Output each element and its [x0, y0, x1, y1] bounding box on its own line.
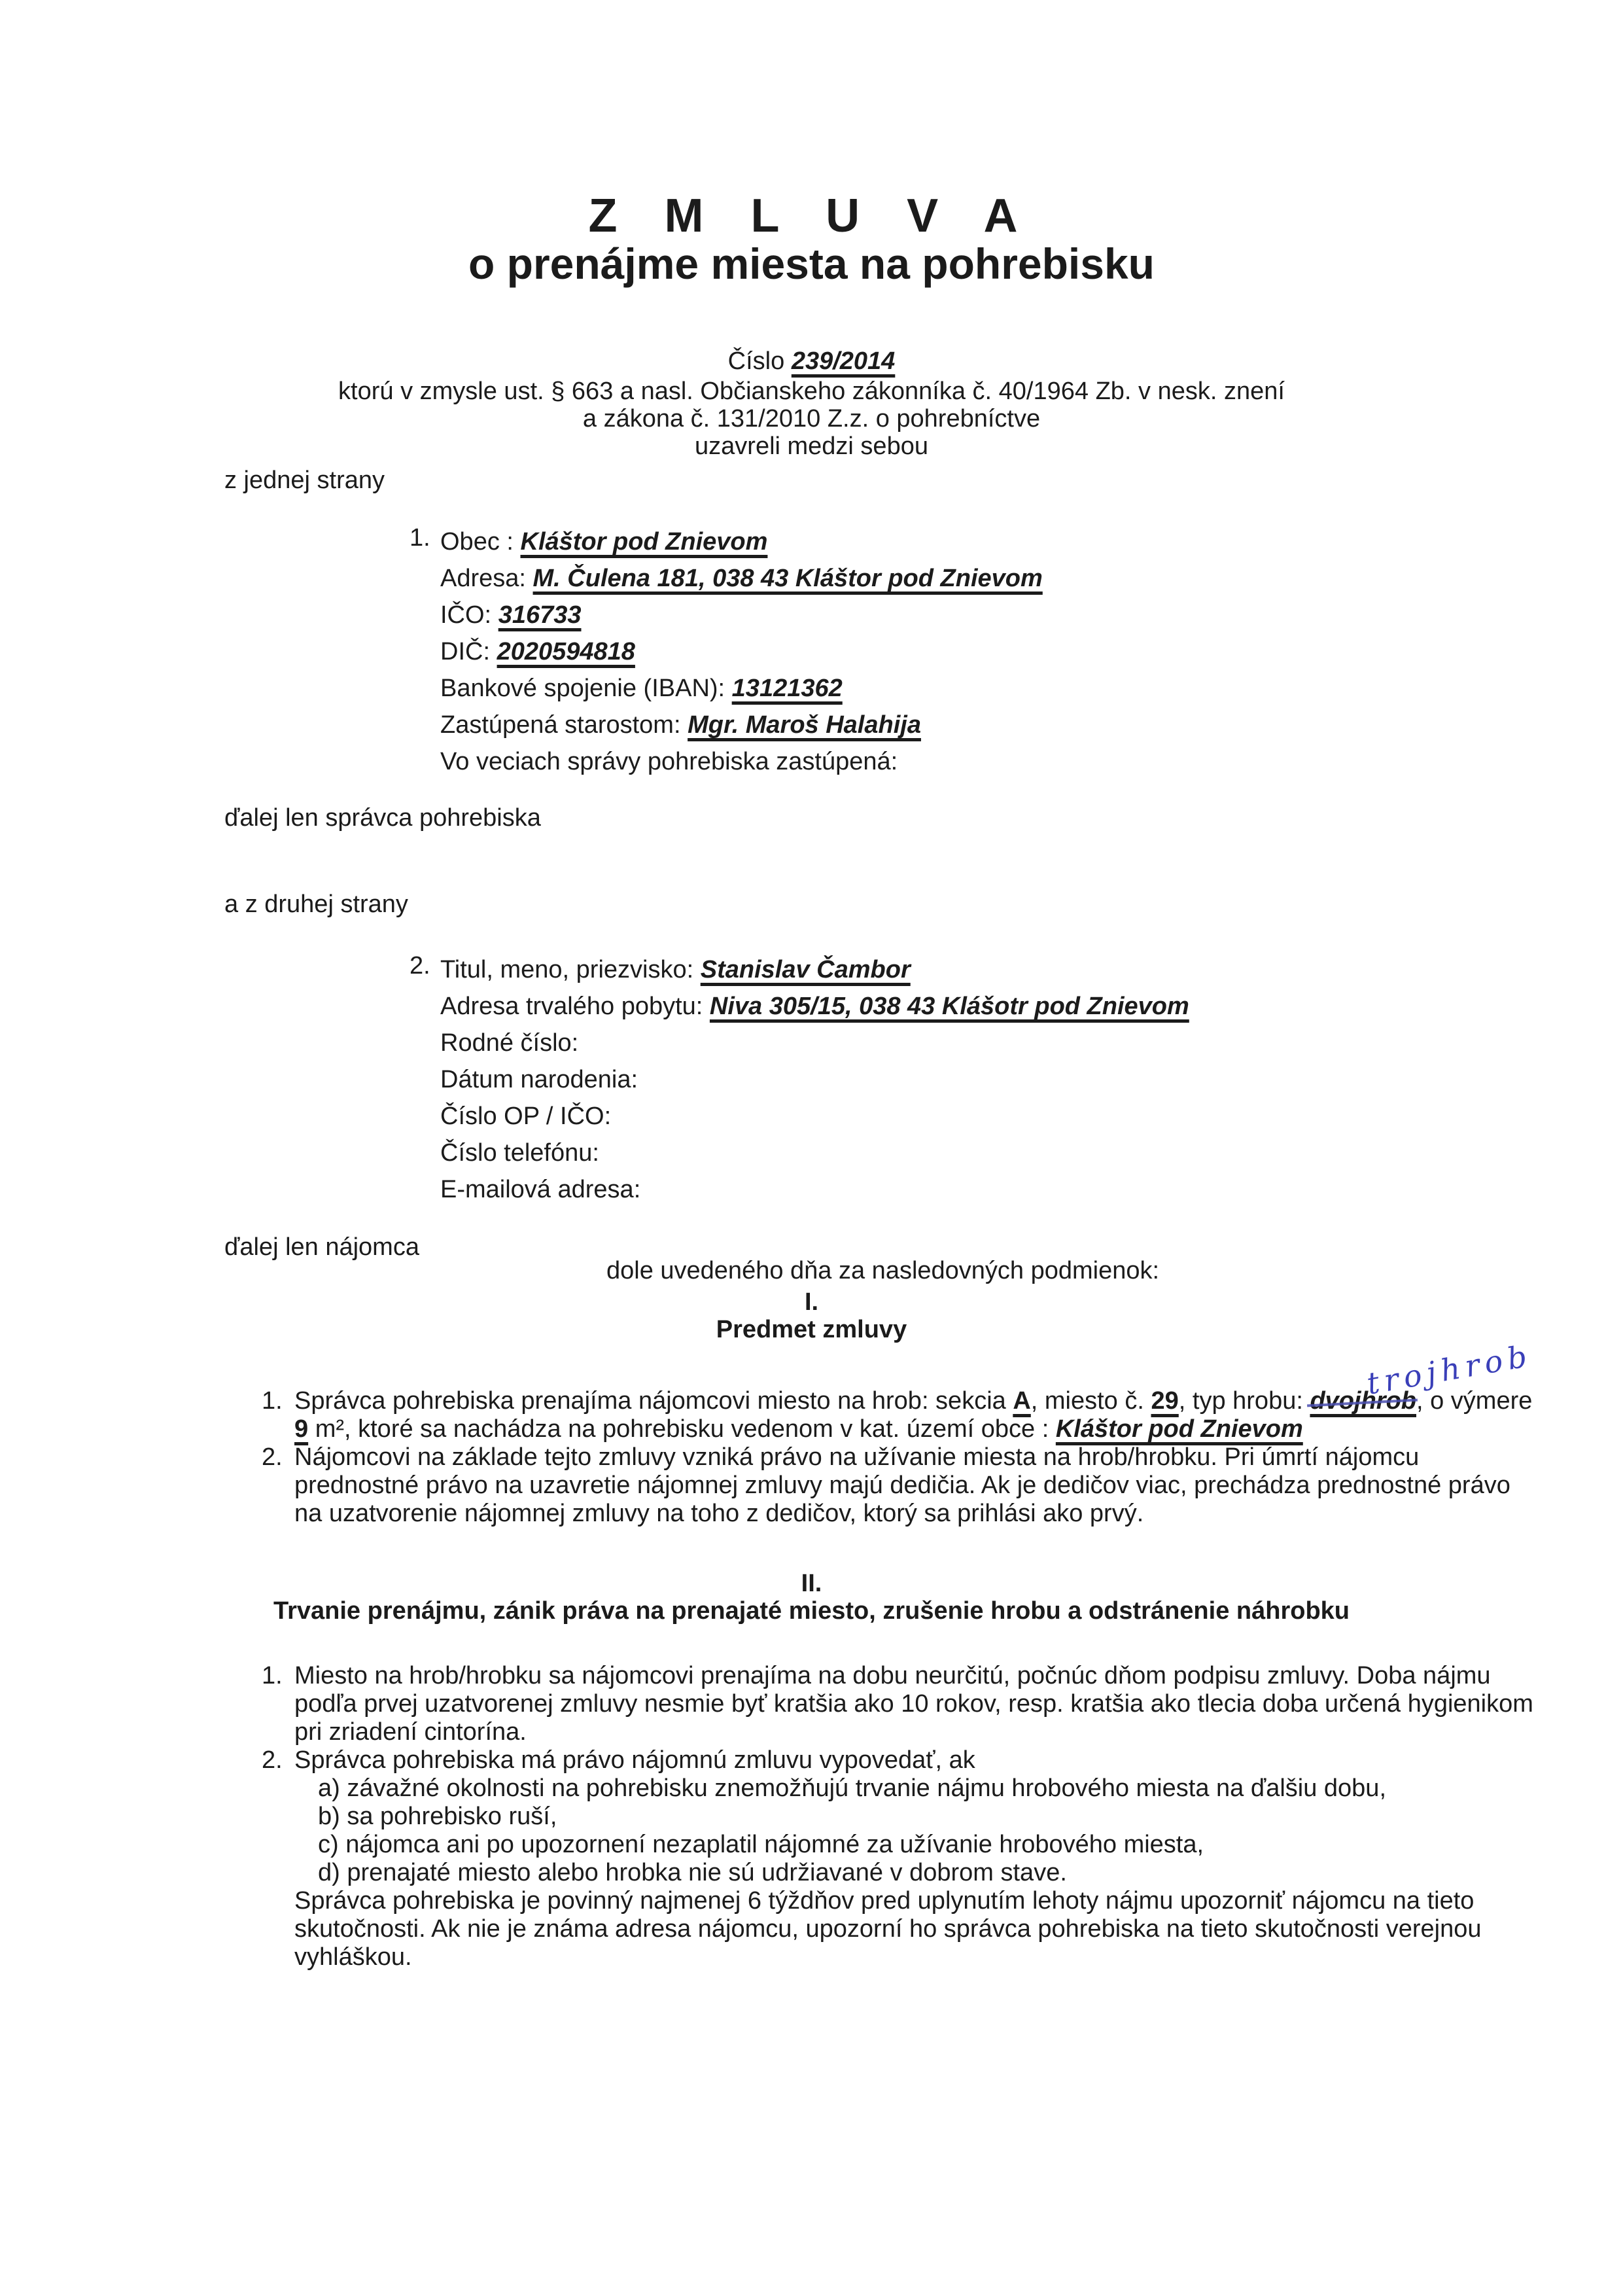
party2-number: 2. [410, 951, 430, 980]
section2-item-2: 2. Správca pohrebiska má právo nájomnú z… [262, 1746, 1544, 1971]
party2-field-address: Adresa trvalého pobytu: Niva 305/15, 038… [440, 988, 1189, 1025]
preamble-line-2: a zákona č. 131/2010 Z.z. o pohrebníctve [0, 404, 1623, 433]
termination-reason-d: d) prenajaté miesto alebo hrobka nie sú … [294, 1859, 1544, 1887]
item-text: , typ hrobu: [1179, 1387, 1310, 1415]
field-label: Bankové spojenie (IBAN): [440, 675, 732, 702]
field-label: Zastúpená starostom: [440, 711, 688, 739]
section1-list: 1. Správca pohrebiska prenajíma nájomcov… [262, 1387, 1544, 1528]
conditions-intro: dole uvedeného dňa za nasledovných podmi… [606, 1256, 1159, 1285]
party1-field-cemetery-rep: Vo veciach správy pohrebiska zastúpená: [440, 743, 1043, 780]
item-number: 1. [262, 1387, 283, 1415]
notice-obligation: Správca pohrebiska je povinný najmenej 6… [294, 1887, 1544, 1971]
field-value: 316733 [498, 601, 582, 629]
field-label: Titul, meno, priezvisko: [440, 956, 701, 983]
field-label: E-mailová adresa: [440, 1176, 640, 1203]
field-value: M. Čulena 181, 038 43 Kláštor pod Znievo… [533, 565, 1043, 592]
party2-field-birth-date: Dátum narodenia: [440, 1061, 1189, 1098]
field-label: Obec : [440, 528, 521, 556]
field-value: Niva 305/15, 038 43 Klášotr pod Znievom [710, 993, 1189, 1020]
field-value: Stanislav Čambor [701, 956, 911, 983]
item-number: 1. [262, 1662, 283, 1690]
contract-number-line: Číslo 239/2014 [0, 347, 1623, 376]
section1-number: I. [0, 1288, 1623, 1316]
section2-list: 1. Miesto na hrob/hrobku sa nájomcovi pr… [262, 1662, 1544, 1971]
termination-reason-b: b) sa pohrebisko ruší, [294, 1803, 1544, 1831]
section1-title: Predmet zmluvy [0, 1315, 1623, 1344]
grave-area-value: 9 [294, 1415, 308, 1443]
termination-reason-c: c) nájomca ani po upozornení nezaplatil … [294, 1831, 1544, 1859]
item-text: m², ktoré sa nachádza na pohrebisku vede… [308, 1415, 1056, 1443]
section1-item-2: 2. Nájomcovi na základe tejto zmluvy vzn… [262, 1443, 1544, 1528]
field-label: DIČ: [440, 638, 497, 665]
party1-field-iban: Bankové spojenie (IBAN): 13121362 [440, 670, 1043, 707]
field-label: Vo veciach správy pohrebiska zastúpená: [440, 748, 898, 775]
preamble-line-1: ktorú v zmysle ust. § 663 a nasl. Občian… [0, 377, 1623, 406]
party1-field-municipality: Obec : Kláštor pod Znievom [440, 523, 1043, 560]
preamble-line-3: uzavreli medzi sebou [0, 432, 1623, 461]
field-value: Mgr. Maroš Halahija [688, 711, 921, 739]
party1-field-address: Adresa: M. Čulena 181, 038 43 Kláštor po… [440, 560, 1043, 597]
party1-block: Obec : Kláštor pod Znievom Adresa: M. Ču… [440, 523, 1043, 780]
party1-field-ico: IČO: 316733 [440, 597, 1043, 633]
side-one-label: z jednej strany [224, 466, 385, 495]
section1-item-1: 1. Správca pohrebiska prenajíma nájomcov… [262, 1387, 1544, 1443]
party2-block: Titul, meno, priezvisko: Stanislav Čambo… [440, 951, 1189, 1208]
item-number: 2. [262, 1443, 283, 1472]
side-two-label: a z druhej strany [224, 890, 408, 919]
party1-field-dic: DIČ: 2020594818 [440, 633, 1043, 670]
item-number: 2. [262, 1746, 283, 1775]
document-title: Z M L U V A [0, 190, 1623, 242]
party2-field-phone: Číslo telefónu: [440, 1135, 1189, 1171]
field-label: Číslo OP / IČO: [440, 1103, 611, 1130]
document-subtitle: o prenájme miesta na pohrebisku [0, 239, 1623, 289]
field-value: 13121362 [732, 675, 843, 702]
party2-field-name: Titul, meno, priezvisko: Stanislav Čambo… [440, 951, 1189, 988]
contract-number-value: 239/2014 [792, 347, 896, 375]
termination-reason-a: a) závažné okolnosti na pohrebisku znemo… [294, 1775, 1544, 1803]
municipality-value: Kláštor pod Znievom [1056, 1415, 1303, 1443]
item-text: , miesto č. [1031, 1387, 1151, 1415]
item-text: Miesto na hrob/hrobku sa nájomcovi prena… [294, 1662, 1533, 1746]
field-label: Adresa trvalého pobytu: [440, 993, 710, 1020]
item-text: Nájomcovi na základe tejto zmluvy vzniká… [294, 1443, 1510, 1527]
item-text: Správca pohrebiska prenajíma nájomcovi m… [294, 1387, 1013, 1415]
party1-number: 1. [410, 523, 430, 552]
party2-field-email: E-mailová adresa: [440, 1171, 1189, 1208]
party1-role: ďalej len správca pohrebiska [224, 804, 541, 832]
grave-section-value: A [1013, 1387, 1030, 1415]
field-label: Rodné číslo: [440, 1029, 578, 1057]
contract-number-label: Číslo [728, 347, 785, 375]
field-value: 2020594818 [497, 638, 635, 665]
field-label: Číslo telefónu: [440, 1139, 599, 1167]
party2-field-id-number: Číslo OP / IČO: [440, 1098, 1189, 1135]
section2-title: Trvanie prenájmu, zánik práva na prenaja… [0, 1597, 1623, 1625]
party1-field-representative: Zastúpená starostom: Mgr. Maroš Halahija [440, 707, 1043, 743]
field-label: Adresa: [440, 565, 533, 592]
grave-place-value: 29 [1151, 1387, 1179, 1415]
party2-field-birth-number: Rodné číslo: [440, 1025, 1189, 1061]
section2-item-1: 1. Miesto na hrob/hrobku sa nájomcovi pr… [262, 1662, 1544, 1746]
item-text: Správca pohrebiska má právo nájomnú zmlu… [294, 1746, 975, 1774]
field-value: Kláštor pod Znievom [521, 528, 768, 556]
field-label: Dátum narodenia: [440, 1066, 638, 1093]
grave-type-struck-value: dvojhrob [1310, 1387, 1416, 1415]
section2-number: II. [0, 1569, 1623, 1598]
item-text: , o výmere [1416, 1387, 1532, 1415]
field-label: IČO: [440, 601, 498, 629]
party2-role: ďalej len nájomca [224, 1233, 419, 1262]
